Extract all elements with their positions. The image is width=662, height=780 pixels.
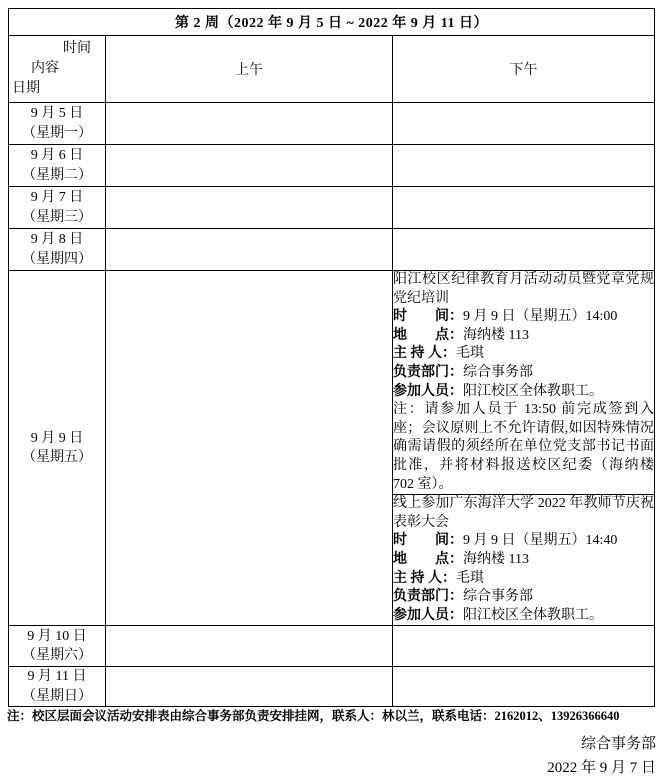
event-place-line: 地 点：海纳楼 113 (393, 327, 654, 346)
event-place-line: 地 点：海纳楼 113 (393, 551, 654, 570)
date-text: 9 月 11 日 (9, 667, 105, 687)
date-text: 9 月 9 日 (9, 429, 105, 449)
event-time-value: 9 月 9 日（星期五）14:40 (463, 533, 617, 548)
event-host-line: 主 持 人：毛琪 (393, 345, 654, 364)
afternoon-cell-sep5 (393, 103, 655, 145)
weekday-text: （星期五） (9, 448, 105, 468)
afternoon-cell-sep11 (393, 667, 655, 707)
date-cell-sep6: 9 月 6 日 （星期二） (9, 145, 106, 187)
row-sep5: 9 月 5 日 （星期一） (9, 103, 655, 145)
date-text: 9 月 5 日 (9, 104, 105, 124)
morning-column-header: 上午 (106, 36, 393, 103)
morning-cell-sep6 (106, 145, 393, 187)
corner-content-label: 内容 (9, 59, 105, 79)
event-participants-line: 参加人员：阳江校区全体教职工。 (393, 607, 654, 626)
weekday-text: （星期二） (9, 166, 105, 186)
afternoon-event-2: 线上参加广东海洋大学 2022 年教师节庆祝表彰大会 时 间：9 月 9 日（星… (393, 495, 655, 626)
morning-cell-sep5 (106, 103, 393, 145)
event-dept-line: 负责部门：综合事务部 (393, 364, 654, 383)
event-host-line: 主 持 人：毛琪 (393, 570, 654, 589)
event-dept-line: 负责部门：综合事务部 (393, 588, 654, 607)
event-place-label: 地 点： (393, 328, 463, 343)
event-host-value: 毛琪 (456, 346, 484, 361)
event-participants-line: 参加人员：阳江校区全体教职工。 (393, 383, 654, 402)
afternoon-event-1: 阳江校区纪律教育月活动动员暨党章党规党纪培训 时 间：9 月 9 日（星期五）1… (393, 271, 655, 495)
row-sep10: 9 月 10 日 （星期六） (9, 626, 655, 667)
event-participants-value: 阳江校区全体教职工。 (463, 384, 603, 399)
date-cell-sep11: 9 月 11 日 （星期日） (9, 667, 106, 707)
corner-date-label: 日期 (9, 79, 105, 99)
event-participants-label: 参加人员： (393, 608, 463, 623)
date-text: 9 月 8 日 (9, 230, 105, 250)
event-time-value: 9 月 9 日（星期五）14:00 (463, 309, 617, 324)
week-title: 第 2 周（2022 年 9 月 5 日 ~ 2022 年 9 月 11 日） (9, 9, 655, 36)
event-participants-label: 参加人员： (393, 384, 463, 399)
event-host-value: 毛琪 (456, 571, 484, 586)
date-cell-sep10: 9 月 10 日 （星期六） (9, 626, 106, 667)
weekday-text: （星期三） (9, 208, 105, 228)
event-title: 阳江校区纪律教育月活动动员暨党章党规党纪培训 (393, 271, 654, 308)
schedule-page: 第 2 周（2022 年 9 月 5 日 ~ 2022 年 9 月 11 日） … (0, 0, 662, 780)
morning-cell-sep9 (106, 271, 393, 626)
row-sep8: 9 月 8 日 （星期四） (9, 229, 655, 271)
weekday-text: （星期日） (9, 687, 105, 707)
afternoon-cell-sep7 (393, 187, 655, 229)
afternoon-column-header: 下午 (393, 36, 655, 103)
event-host-label: 主 持 人： (393, 346, 456, 361)
footer-department: 综合事务部 (581, 732, 656, 753)
afternoon-cell-sep10 (393, 626, 655, 667)
event-host-label: 主 持 人： (393, 571, 456, 586)
afternoon-cell-sep6 (393, 145, 655, 187)
footer-date: 2022 年 9 月 7 日 (547, 756, 656, 777)
schedule-table: 第 2 周（2022 年 9 月 5 日 ~ 2022 年 9 月 11 日） … (8, 8, 655, 707)
row-sep11: 9 月 11 日 （星期日） (9, 667, 655, 707)
weekday-text: （星期六） (9, 646, 105, 666)
afternoon-cell-sep8 (393, 229, 655, 271)
corner-header-cell: 时间 内容 日期 (9, 36, 106, 103)
morning-cell-sep11 (106, 667, 393, 707)
event-place-value: 海纳楼 113 (463, 552, 529, 567)
event-participants-value: 阳江校区全体教职工。 (463, 608, 603, 623)
event-dept-label: 负责部门： (393, 365, 463, 380)
event-title: 线上参加广东海洋大学 2022 年教师节庆祝表彰大会 (393, 495, 654, 532)
date-cell-sep8: 9 月 8 日 （星期四） (9, 229, 106, 271)
date-text: 9 月 6 日 (9, 146, 105, 166)
event-time-label: 时 间： (393, 309, 463, 324)
weekday-text: （星期四） (9, 250, 105, 270)
morning-cell-sep7 (106, 187, 393, 229)
event-place-label: 地 点： (393, 552, 463, 567)
weekday-text: （星期一） (9, 124, 105, 144)
event-dept-label: 负责部门： (393, 589, 463, 604)
event-place-value: 海纳楼 113 (463, 328, 529, 343)
event-dept-value: 综合事务部 (463, 589, 533, 604)
morning-cell-sep10 (106, 626, 393, 667)
row-sep6: 9 月 6 日 （星期二） (9, 145, 655, 187)
row-sep9: 9 月 9 日 （星期五） 阳江校区纪律教育月活动动员暨党章党规党纪培训 时 间… (9, 271, 655, 495)
row-sep7: 9 月 7 日 （星期三） (9, 187, 655, 229)
date-text: 9 月 10 日 (9, 627, 105, 647)
morning-cell-sep8 (106, 229, 393, 271)
corner-time-label: 时间 (9, 39, 105, 59)
event-note: 注：请参加人员于 13:50 前完成签到入座；会议原则上不允许请假,如因特殊情况… (393, 401, 654, 494)
date-cell-sep7: 9 月 7 日 （星期三） (9, 187, 106, 229)
event-dept-value: 综合事务部 (463, 365, 533, 380)
date-text: 9 月 7 日 (9, 188, 105, 208)
date-cell-sep9: 9 月 9 日 （星期五） (9, 271, 106, 626)
date-cell-sep5: 9 月 5 日 （星期一） (9, 103, 106, 145)
event-time-line: 时 间：9 月 9 日（星期五）14:40 (393, 532, 654, 551)
footer-note: 注：校区层面会议活动安排表由综合事务部负责安排挂网，联系人：林以兰，联系电话：2… (7, 708, 657, 724)
event-time-line: 时 间：9 月 9 日（星期五）14:00 (393, 308, 654, 327)
event-time-label: 时 间： (393, 533, 463, 548)
